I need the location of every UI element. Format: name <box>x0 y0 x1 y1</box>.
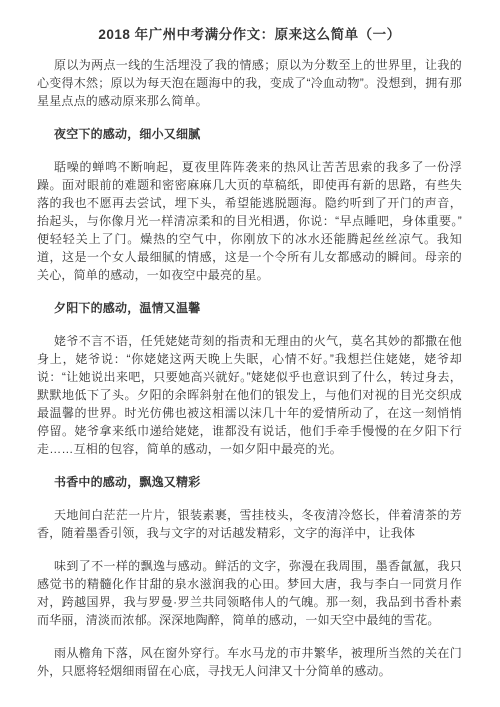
page-title: 2018 年广州中考满分作文：原来这么简单（一） <box>37 26 462 44</box>
section-heading-books: 书香中的感动，飘逸又精彩 <box>37 473 462 491</box>
section-heading-night-sky: 夜空下的感动，细小又细腻 <box>37 125 462 143</box>
paragraph-night-sky: 聒噪的蝉鸣不断响起，夏夜里阵阵袭来的热风让苦苦思索的我多了一份浮躁。面对眼前的难… <box>37 158 462 284</box>
paragraph-sunset: 姥爷不言不语，任凭姥姥苛刻的指责和无理由的火气，莫名其妙的都撒在他身上，姥爷说：… <box>37 332 462 458</box>
section-heading-sunset: 夕阳下的感动，温情又温馨 <box>37 299 462 317</box>
document-page: 2018 年广州中考满分作文：原来这么简单（一） 原以为两点一线的生活埋没了我的… <box>0 0 500 707</box>
closing-paragraph: 雨从檐角下落，风在窗外穿行。车水马龙的市井繁华，被理所当然的关在门外，只愿将轻烟… <box>37 644 462 680</box>
intro-paragraph: 原以为两点一线的生活埋没了我的情感；原以为分数至上的世界里，让我的心变得木然；原… <box>37 56 462 110</box>
paragraph-books-1: 天地间白茫茫一片片，银装素裹，雪挂枝头，冬夜清冷悠长，伴着清茶的芳香，随着墨香引… <box>37 506 462 542</box>
paragraph-books-2: 味到了不一样的飘逸与感动。鲜活的文字，弥漫在我周围，墨香氤氲，我只感觉书的精髓化… <box>37 557 462 629</box>
